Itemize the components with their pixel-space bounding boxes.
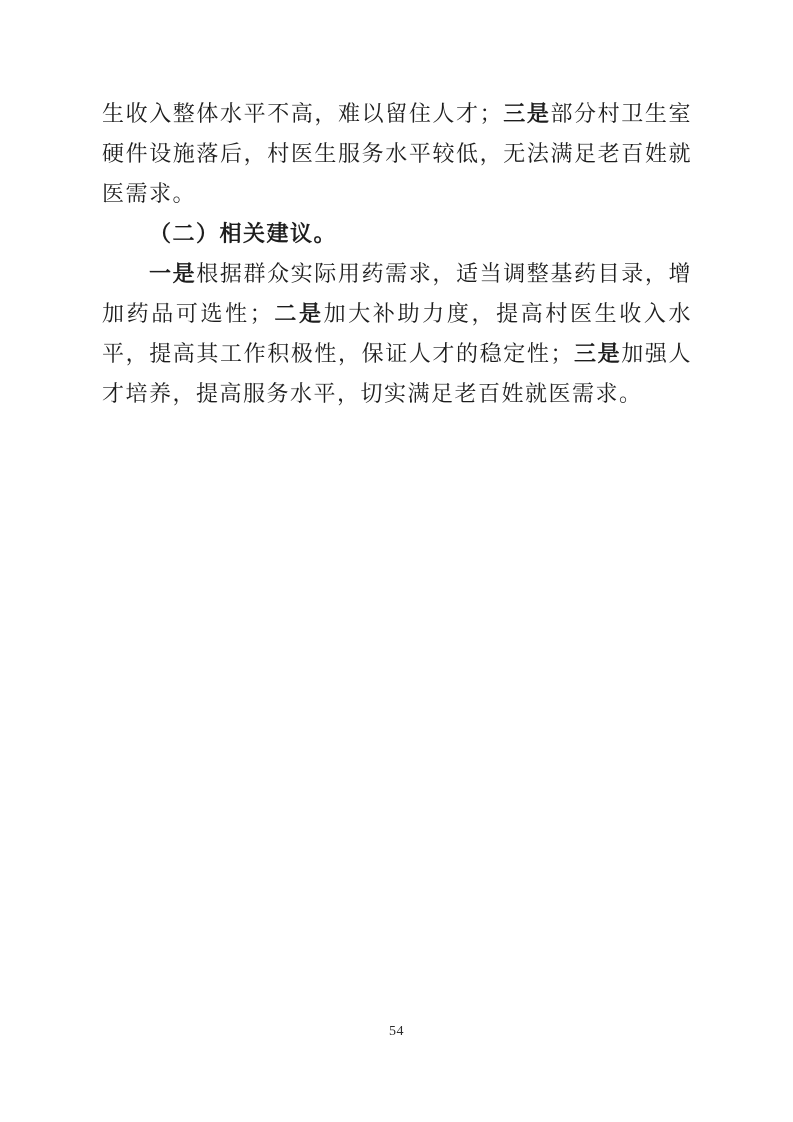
paragraph-suggestions: 一是根据群众实际用药需求，适当调整基药目录，增加药品可选性；二是加大补助力度，提… [102, 254, 692, 414]
paragraph-text: 生收入整体水平不高，难以留住人才； [102, 101, 503, 126]
document-page: 生收入整体水平不高，难以留住人才；三是部分村卫生室硬件设施落后，村医生服务水平较… [0, 0, 793, 1122]
paragraph-continuation: 生收入整体水平不高，难以留住人才；三是部分村卫生室硬件设施落后，村医生服务水平较… [102, 94, 692, 214]
section-heading: （二）相关建议。 [102, 214, 692, 254]
body-text: 生收入整体水平不高，难以留住人才；三是部分村卫生室硬件设施落后，村医生服务水平较… [102, 94, 692, 414]
emphasis-firstly: 一是 [149, 261, 196, 286]
emphasis-thirdly: 三是 [574, 341, 621, 366]
page-number: 54 [0, 1024, 793, 1040]
emphasis-secondly: 二是 [273, 301, 323, 326]
emphasis-thirdly: 三是 [503, 101, 550, 126]
